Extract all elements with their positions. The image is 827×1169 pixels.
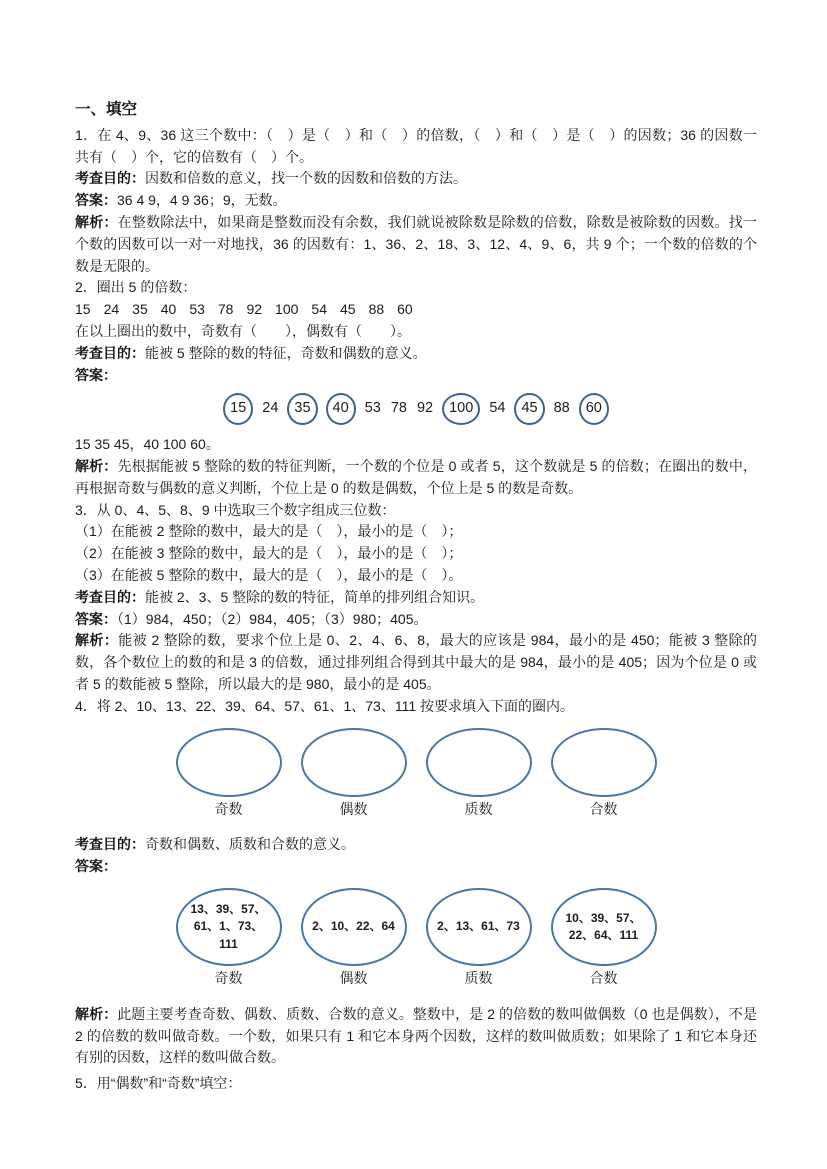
- circled-number: 40: [326, 393, 356, 425]
- number-item: 60: [397, 299, 413, 321]
- q1-stem: 1．在 4、9、36 这三个数中：（ ）是（ ）和（ ）的倍数，（ ）和（ ）是…: [75, 125, 757, 169]
- empty-oval: [176, 728, 282, 797]
- q3-answer: 答案：（1）984，450；（2）984，405；（3）980；405。: [75, 609, 757, 631]
- q3-stem: 3．从 0、4、5、8、9 中选取三个数字组成三位数：: [75, 500, 757, 522]
- plain-number: 78: [390, 396, 408, 422]
- answer-oval: 2、13、61、73: [426, 888, 532, 966]
- q4-purpose: 考查目的：奇数和偶数、质数和合数的意义。: [75, 834, 757, 856]
- analysis-label: 解析：: [75, 214, 118, 230]
- q2-circled-answer-row: 15 24 35 40 53 78 92 100 54 45 88 60: [75, 393, 757, 425]
- circled-number: 35: [287, 393, 317, 425]
- purpose-text: 因数和倍数的意义，找一个数的因数和倍数的方法。: [145, 170, 467, 186]
- answer-text: 36 4 9，4 9 36；9，无数。: [117, 192, 287, 208]
- oval-group: 合数: [550, 728, 658, 821]
- oval-label: 奇数: [215, 799, 243, 821]
- circled-number: 60: [579, 393, 609, 425]
- purpose-text: 能被 2、3、5 整除的数的特征，简单的排列组合知识。: [145, 589, 484, 605]
- answer-oval: 2、10、22、64: [301, 888, 407, 966]
- oval-group: 奇数: [175, 728, 283, 821]
- q3-analysis: 解析：能被 2 整除的数，要求个位上是 0、2、4、6、8，最大的应该是 984…: [75, 630, 757, 695]
- number-item: 100: [275, 299, 298, 321]
- q3-item-2: （2）在能被 3 整除的数中，最大的是（ ），最小的是（ ）；: [75, 543, 757, 565]
- q3-item-1: （1）在能被 2 整除的数中，最大的是（ ），最小的是（ ）；: [75, 521, 757, 543]
- number-item: 53: [189, 299, 205, 321]
- purpose-label: 考查目的：: [75, 836, 145, 852]
- number-item: 15: [75, 299, 91, 321]
- plain-number: 92: [416, 396, 434, 422]
- circled-number: 100: [442, 393, 480, 425]
- plain-number: 24: [261, 396, 279, 422]
- oval-group: 2、10、22、64 偶数: [300, 888, 408, 990]
- analysis-text: 此题主要考查奇数、偶数、质数、合数的意义。整数中，是 2 的倍数的数叫做偶数（0…: [75, 1006, 757, 1066]
- q4-empty-oval-row: 奇数 偶数 质数 合数: [75, 728, 757, 821]
- empty-oval: [301, 728, 407, 797]
- analysis-label: 解析：: [75, 632, 118, 648]
- purpose-text: 奇数和偶数、质数和合数的意义。: [145, 836, 355, 852]
- analysis-text: 先根据能被 5 整除的数的特征判断，一个数的个位是 0 或者 5，这个数就是 5…: [75, 458, 757, 496]
- answer-label: 答案：: [75, 192, 117, 208]
- oval-group: 偶数: [300, 728, 408, 821]
- plain-number: 54: [488, 396, 506, 422]
- number-item: 78: [218, 299, 234, 321]
- number-item: 45: [340, 299, 356, 321]
- section-title: 一、填空: [75, 99, 757, 121]
- answer-oval: 10、39、57、22、64、111: [551, 888, 657, 966]
- oval-group: 2、13、61、73 质数: [425, 888, 533, 990]
- q2-answer-text: 15 35 45，40 100 60。: [75, 434, 757, 456]
- q4-answer-oval-row: 13、39、57、61、1、73、111 奇数 2、10、22、64 偶数 2、…: [75, 888, 757, 990]
- answer-oval: 13、39、57、61、1、73、111: [176, 888, 282, 966]
- circled-number: 15: [223, 393, 253, 425]
- oval-label: 偶数: [340, 968, 368, 990]
- oval-label: 奇数: [215, 968, 243, 990]
- oval-group: 质数: [425, 728, 533, 821]
- empty-oval: [551, 728, 657, 797]
- oval-label: 合数: [590, 968, 618, 990]
- number-item: 24: [104, 299, 120, 321]
- number-item: 54: [311, 299, 327, 321]
- number-item: 88: [369, 299, 385, 321]
- answer-label: 答案：: [75, 367, 117, 383]
- number-item: 35: [132, 299, 148, 321]
- q3-purpose: 考查目的：能被 2、3、5 整除的数的特征，简单的排列组合知识。: [75, 587, 757, 609]
- q2-purpose: 考查目的：能被 5 整除的数的特征，奇数和偶数的意义。: [75, 343, 757, 365]
- analysis-text: 能被 2 整除的数，要求个位上是 0、2、4、6、8，最大的应该是 984，最小…: [75, 632, 757, 692]
- worksheet-page: 一、填空 1．在 4、9、36 这三个数中：（ ）是（ ）和（ ）的倍数，（ ）…: [0, 0, 827, 1169]
- purpose-text: 能被 5 整除的数的特征，奇数和偶数的意义。: [145, 345, 427, 361]
- q2-answer-heading: 答案：: [75, 365, 757, 387]
- q2-analysis: 解析：先根据能被 5 整除的数的特征判断，一个数的个位是 0 或者 5，这个数就…: [75, 456, 757, 500]
- circled-number: 45: [514, 393, 544, 425]
- oval-group: 10、39、57、22、64、111 合数: [550, 888, 658, 990]
- q5-stem: 5．用“偶数”和“奇数”填空：: [75, 1073, 757, 1095]
- purpose-label: 考查目的：: [75, 170, 145, 186]
- answer-text: （1）984，450；（2）984，405；（3）980；405。: [117, 611, 428, 627]
- oval-label: 质数: [465, 799, 493, 821]
- analysis-text: 在整数除法中，如果商是整数而没有余数，我们就说被除数是除数的倍数，除数是被除数的…: [75, 214, 757, 274]
- q1-answer: 答案：36 4 9，4 9 36；9，无数。: [75, 190, 757, 212]
- q4-answer-heading: 答案：: [75, 856, 757, 878]
- oval-label: 合数: [590, 799, 618, 821]
- q2-stem: 2．圈出 5 的倍数：: [75, 277, 757, 299]
- purpose-label: 考查目的：: [75, 345, 145, 361]
- q1-purpose: 考查目的：因数和倍数的意义，找一个数的因数和倍数的方法。: [75, 168, 757, 190]
- oval-label: 偶数: [340, 799, 368, 821]
- answer-label: 答案：: [75, 858, 117, 874]
- empty-oval: [426, 728, 532, 797]
- purpose-label: 考查目的：: [75, 589, 145, 605]
- q4-stem: 4．将 2、10、13、22、39、64、57、61、1、73、111 按要求填…: [75, 696, 757, 718]
- analysis-label: 解析：: [75, 1006, 117, 1022]
- plain-number: 88: [553, 396, 571, 422]
- oval-label: 质数: [465, 968, 493, 990]
- plain-number: 53: [364, 396, 382, 422]
- oval-group: 13、39、57、61、1、73、111 奇数: [175, 888, 283, 990]
- answer-label: 答案：: [75, 611, 117, 627]
- q1-analysis: 解析：在整数除法中，如果商是整数而没有余数，我们就说被除数是除数的倍数，除数是被…: [75, 212, 757, 277]
- number-item: 40: [161, 299, 177, 321]
- q2-number-list: 15 24 35 40 53 78 92 100 54 45 88 60: [75, 299, 757, 321]
- number-item: 92: [246, 299, 262, 321]
- q4-analysis: 解析：此题主要考查奇数、偶数、质数、合数的意义。整数中，是 2 的倍数的数叫做偶…: [75, 1004, 757, 1069]
- q3-item-3: （3）在能被 5 整除的数中，最大的是（ ），最小的是（ ）。: [75, 565, 757, 587]
- analysis-label: 解析：: [75, 458, 117, 474]
- q2-sub-stem: 在以上圈出的数中，奇数有（ ），偶数有（ ）。: [75, 321, 757, 343]
